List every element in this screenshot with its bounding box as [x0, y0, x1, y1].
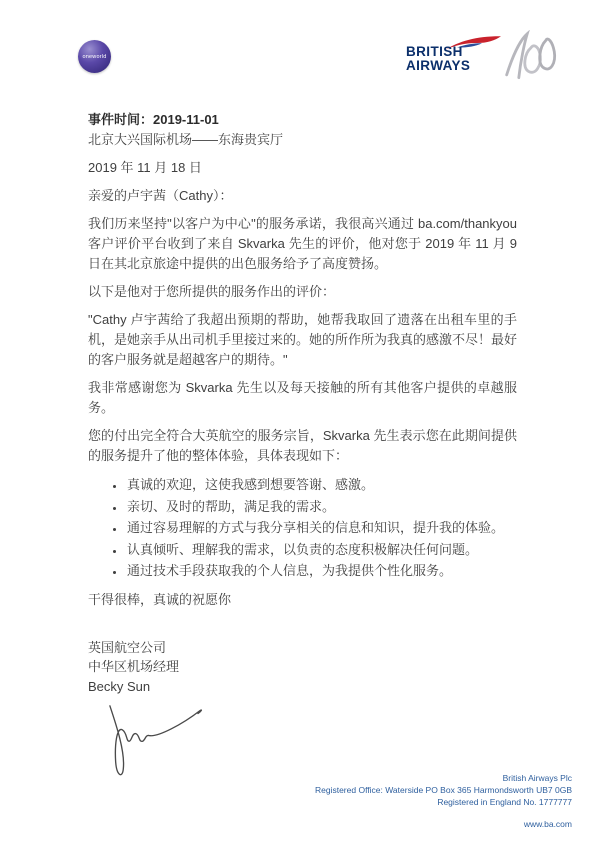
list-item: 通过容易理解的方式与我分享相关的信息和知识，提升我的体验。: [125, 517, 517, 539]
greeting-line: 亲爱的卢宇茜（Cathy）：: [88, 186, 517, 206]
signer-company: 英国航空公司: [88, 638, 517, 658]
footer-registered-office: Registered Office: Waterside PO Box 365 …: [315, 784, 572, 796]
customer-quote: "Cathy 卢宇茜给了我超出预期的帮助，她帮我取回了遗落在出租车里的手机，是她…: [88, 310, 517, 370]
paragraph-thanks: 我非常感谢您为 Skvarka 先生以及每天接触的所有其他客户提供的卓越服务。: [88, 378, 517, 418]
letter-body: 事件时间：2019-11-01 北京大兴国际机场——东海贵宾厅 2019 年 1…: [88, 110, 517, 794]
footer-website: www.ba.com: [315, 818, 572, 830]
footer-registration-number: Registered in England No. 1777777: [315, 796, 572, 808]
signer-title: 中华区机场经理: [88, 657, 517, 677]
event-time-line: 事件时间：2019-11-01: [88, 110, 517, 130]
british-airways-wordmark: BRITISH AIRWAYS: [406, 45, 470, 72]
brand-line-1: BRITISH: [406, 45, 470, 59]
paragraph-intro: 我们历来坚持"以客户为中心"的服务承诺，我很高兴通过 ba.com/thanky…: [88, 214, 517, 274]
signature-block: 英国航空公司 中华区机场经理 Becky Sun: [88, 638, 517, 795]
date-line: 2019 年 11 月 18 日: [88, 158, 517, 178]
brand-line-2: AIRWAYS: [406, 59, 470, 73]
letter-page: oneworld BRITISH AIRWAYS 事件时间：2019-11-01…: [0, 0, 600, 848]
centenary-100-logo: [502, 30, 558, 88]
list-item: 认真倾听、理解我的需求，以负责的态度积极解决任何问题。: [125, 539, 517, 561]
list-item: 亲切、及时的帮助，满足我的需求。: [125, 496, 517, 518]
oneworld-logo: oneworld: [78, 40, 111, 73]
service-points-list: 真诚的欢迎，这使我感到想要答谢、感激。 亲切、及时的帮助，满足我的需求。 通过容…: [88, 474, 517, 582]
venue-line: 北京大兴国际机场——东海贵宾厅: [88, 130, 517, 150]
oneworld-logo-text: oneworld: [83, 54, 107, 60]
signer-name: Becky Sun: [88, 677, 517, 697]
paragraph-lead-in: 以下是他对于您所提供的服务作出的评价：: [88, 282, 517, 302]
handwritten-signature: [102, 702, 227, 794]
british-airways-logo: BRITISH AIRWAYS: [400, 30, 570, 92]
paragraph-summary: 您的付出完全符合大英航空的服务宗旨，Skvarka 先生表示您在此期间提供的服务…: [88, 426, 517, 466]
closing-line: 干得很棒，真诚的祝愿你: [88, 590, 517, 610]
list-item: 通过技术手段获取我的个人信息，为我提供个性化服务。: [125, 560, 517, 582]
footer: British Airways Plc Registered Office: W…: [315, 772, 572, 830]
footer-company: British Airways Plc: [315, 772, 572, 784]
list-item: 真诚的欢迎，这使我感到想要答谢、感激。: [125, 474, 517, 496]
